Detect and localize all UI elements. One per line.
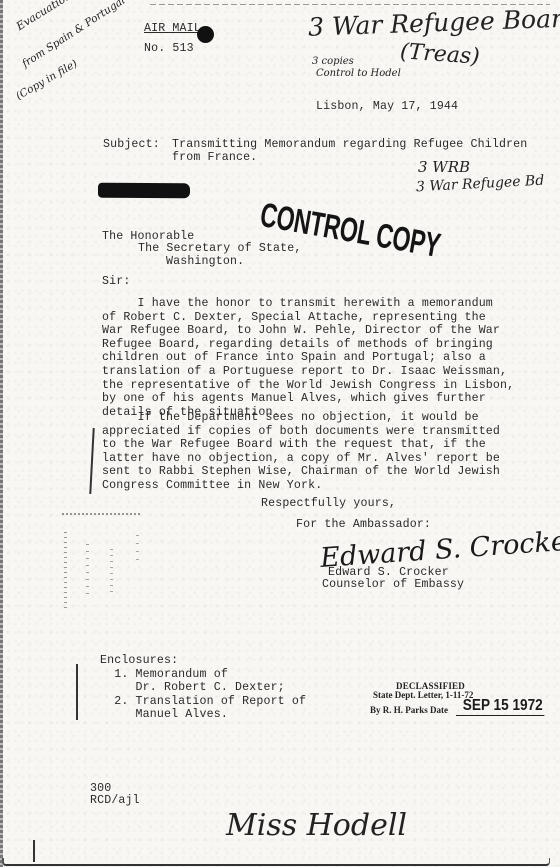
declassified-by: By R. H. Parks Date xyxy=(370,705,448,715)
subject-line-1: Transmitting Memorandum regarding Refuge… xyxy=(172,138,527,152)
handwritten-note-miss-hodell: Miss Hodell xyxy=(226,808,407,843)
salutation: Sir: xyxy=(102,275,130,289)
handwritten-note-war-refugee-bd: 3 War Refugee Bd xyxy=(416,173,545,196)
punch-hole xyxy=(197,26,214,43)
body-paragraph-1: I have the honor to transmit herewith a … xyxy=(102,297,514,419)
handwritten-note-control: Control to Hodel xyxy=(316,68,401,79)
handwritten-note-copies: 3 copies xyxy=(312,56,354,67)
subject-line-2: from France. xyxy=(172,151,257,165)
place-date: Lisbon, May 17, 1944 xyxy=(316,100,458,114)
complimentary-close: Respectfully yours, xyxy=(261,497,396,511)
enclosures-list: Enclosures: 1. Memorandum of Dr. Robert … xyxy=(100,654,306,722)
margin-mark xyxy=(89,428,94,494)
scan-bottom-frame xyxy=(2,858,550,866)
addressee-line-3: Washington. xyxy=(166,255,244,269)
redaction-bar xyxy=(98,183,190,199)
scan-artifact-line xyxy=(62,513,142,515)
scan-top-edge xyxy=(150,4,550,5)
signer-title: Counselor of Embassy xyxy=(322,578,464,592)
scan-left-edge xyxy=(0,0,3,867)
typist-initials: RCD/ajl xyxy=(90,794,140,808)
body-paragraph-2: If the Department sees no objection, it … xyxy=(102,411,500,493)
margin-mark-enclosures xyxy=(76,664,78,720)
air-mail-heading: AIR MAIL xyxy=(144,22,201,36)
declassified-date: SEP 15 1972 xyxy=(456,697,548,716)
scan-artifact-marks xyxy=(60,528,150,608)
handwritten-note-war-refugee-board: 3 War Refugee Board xyxy=(308,3,560,41)
handwritten-note-treas: (Treas) xyxy=(399,39,480,70)
document-page: Evacuation of children from Spain & Port… xyxy=(0,0,560,867)
declassified-date-value: SEP 15 1972 xyxy=(456,697,544,716)
subject-label: Subject: xyxy=(103,138,160,152)
for-the-ambassador: For the Ambassador: xyxy=(296,518,431,532)
dispatch-number: No. 513 xyxy=(144,42,194,56)
handwritten-note-wrb: 3 WRB xyxy=(418,158,470,176)
addressee-line-2: The Secretary of State, xyxy=(138,242,301,256)
